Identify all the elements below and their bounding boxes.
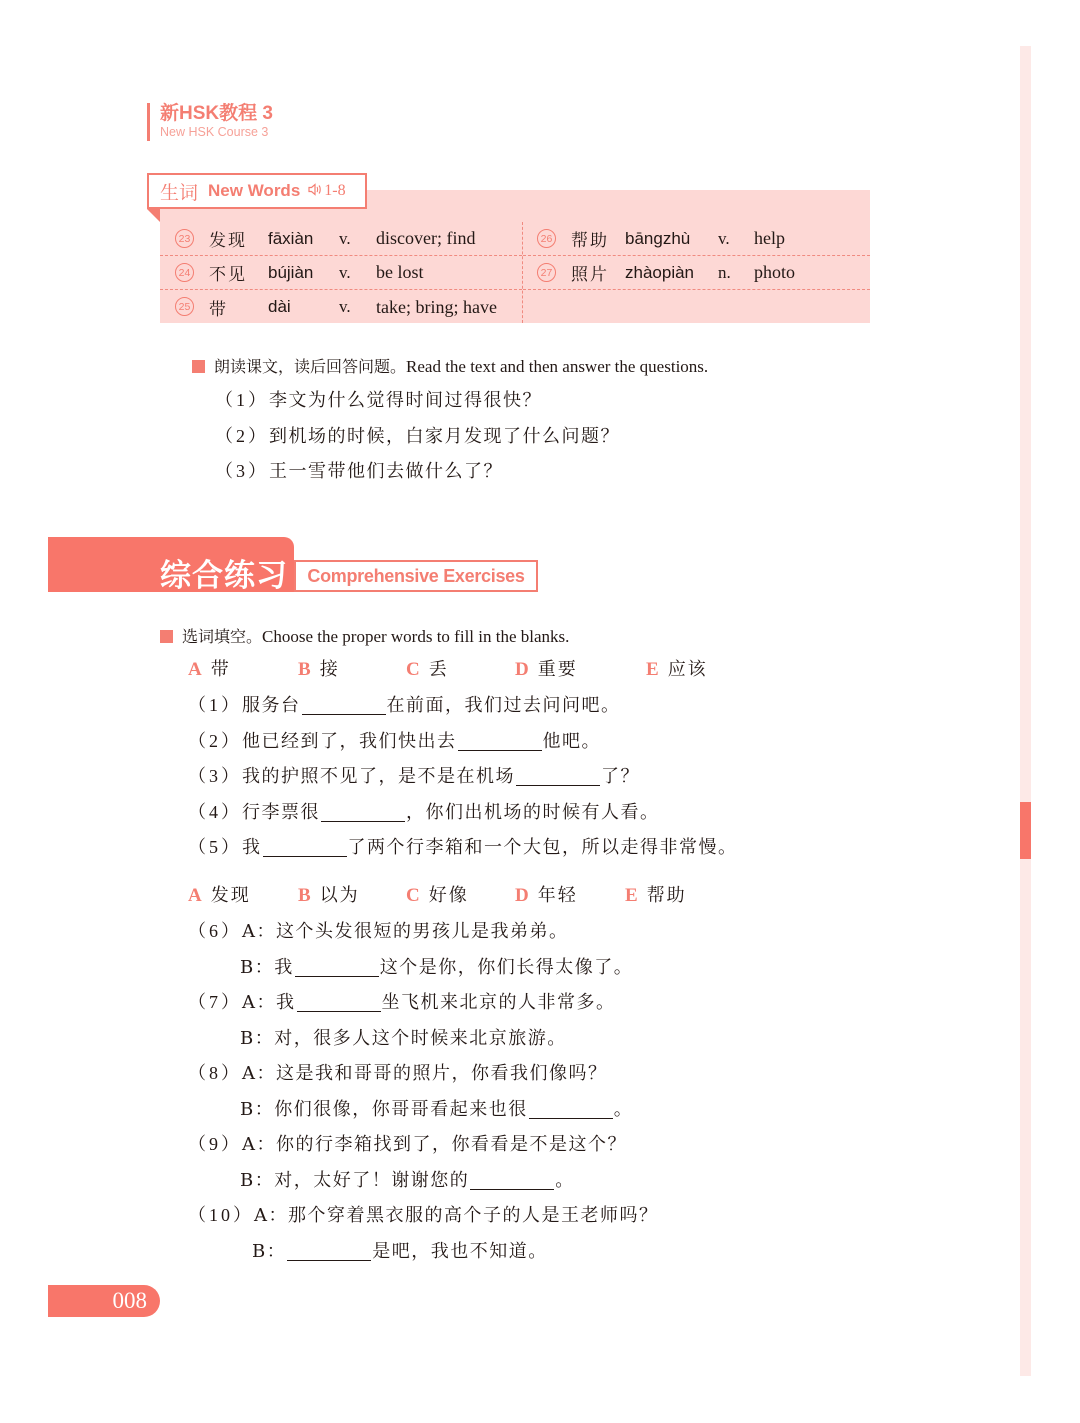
word-option: C好像 [406,881,469,907]
vocab-part-of-speech: v. [339,297,351,317]
vocab-number: 25 [175,297,194,316]
reading-instruction: 朗读课文，读后回答问题。Read the text and then answe… [192,354,708,377]
dialogue-line-a: （8）A：这是我和哥哥的照片，你看我们像吗？ [188,1059,608,1085]
vocab-part-of-speech: v. [339,229,351,249]
answer-blank[interactable] [263,839,347,857]
word-option: D年轻 [515,881,578,907]
word-option: A发现 [188,881,251,907]
answer-blank[interactable] [302,697,386,715]
section-title-box: Comprehensive Exercises [294,560,538,592]
vocab-hanzi: 帮助 [571,226,609,251]
page-number: 008 [113,1288,148,1314]
answer-blank[interactable] [297,994,381,1012]
vocab-pinyin: bāngzhù [625,229,690,249]
vocab-hanzi: 照片 [571,260,609,285]
vocab-part-of-speech: n. [718,263,731,283]
reading-question: （1）李文为什么觉得时间过得很快？ [215,386,542,412]
vocab-column-right: 26 帮助 bāngzhù v. help 27 照片 zhàopiàn n. … [522,222,870,323]
audio-track-number: 1-8 [324,182,345,200]
answer-blank[interactable] [287,1243,371,1261]
fill-blank-item: （4）行李票很，你们出机场的时候有人看。 [188,798,660,824]
instruction-cn: 朗读课文，读后回答问题。 [214,357,406,376]
vocab-number: 23 [175,229,194,248]
speaker-icon[interactable] [308,183,322,200]
vocab-column-left: 23 发现 fāxiàn v. discover; find 24 不见 búj… [160,222,522,324]
fill-blank-item: （3）我的护照不见了，是不是在机场了？ [188,762,640,788]
instruction-en: Read the text and then answer the questi… [406,357,708,376]
fill-blank-item: （5）我了两个行李箱和一个大包，所以走得非常慢。 [188,833,738,859]
dialogue-line-b: B：我这个是你，你们长得太像了。 [240,953,633,979]
word-option: A带 [188,655,231,681]
vocab-number: 24 [175,263,194,282]
fill-blank-item: （2）他已经到了，我们快出去他吧。 [188,727,601,753]
vocab-hanzi: 发现 [209,226,247,251]
vocab-definition: help [754,228,785,249]
vocab-number: 26 [537,229,556,248]
book-title-cn: 新HSK教程 3 [160,103,273,125]
dialogue-line-a: （9）A：你的行李箱找到了，你看看是不是这个？ [188,1130,627,1156]
vocab-part-of-speech: v. [718,229,730,249]
dialogue-line-a: （6）A：这个头发很短的男孩儿是我弟弟。 [188,917,569,943]
new-words-tab: 生词 New Words 1-8 [147,173,367,209]
vocab-pinyin: bújiàn [268,263,313,283]
word-option: E应该 [646,655,708,681]
fill-blanks-instruction: 选词填空。Choose the proper words to fill in … [160,624,569,647]
word-option: B以为 [298,881,360,907]
answer-blank[interactable] [529,1101,613,1119]
vocab-number: 27 [537,263,556,282]
instruction-cn: 选词填空。 [182,627,262,646]
vocab-hanzi: 不见 [209,260,247,285]
word-option: D重要 [515,655,578,681]
vocab-row: 24 不见 bújiàn v. be lost [160,256,522,290]
vocab-row: 25 带 dài v. take; bring; have [160,290,522,324]
vocab-definition: discover; find [376,228,475,249]
answer-blank[interactable] [516,768,600,786]
page-edge-marker [1020,802,1031,859]
dialogue-line-a: （7）A：我坐飞机来北京的人非常多。 [188,988,616,1014]
answer-blank[interactable] [458,733,542,751]
instruction-en: Choose the proper words to fill in the b… [262,627,569,646]
answer-blank[interactable] [470,1172,554,1190]
dialogue-line-b: B：你们很像，你哥哥看起来也很。 [240,1095,633,1121]
vocab-pinyin: fāxiàn [268,229,313,249]
new-words-title-en: New Words [208,181,300,201]
vocab-definition: be lost [376,262,424,283]
reading-question: （3）王一雪带他们去做什么了？ [215,457,503,483]
vocab-row: 23 发现 fāxiàn v. discover; find [160,222,522,256]
vocab-part-of-speech: v. [339,263,351,283]
answer-blank[interactable] [295,959,379,977]
section-banner: 综合练习 [48,537,294,592]
new-words-title-cn: 生词 [160,178,198,205]
vocab-hanzi: 带 [209,295,228,320]
answer-blank[interactable] [321,804,405,822]
section-title-en: Comprehensive Exercises [307,566,524,587]
book-title-en: New HSK Course 3 [160,125,273,140]
vocab-definition: photo [754,262,795,283]
word-option: E帮助 [625,881,687,907]
word-option: C丢 [406,655,449,681]
square-bullet-icon [192,360,205,373]
vocab-row: 27 照片 zhàopiàn n. photo [523,256,870,290]
page-number-badge: 008 [48,1285,160,1317]
reading-question: （2）到机场的时候，白家月发现了什么问题？ [215,422,620,448]
section-title-cn: 综合练习 [160,550,288,595]
dialogue-line-b: B：对，很多人这个时候来北京旅游。 [240,1024,567,1050]
tab-corner-decoration [147,209,160,222]
square-bullet-icon [160,630,173,643]
dialogue-line-b: B：对，太好了！谢谢您的。 [240,1166,575,1192]
dialogue-line-b: B：是吧，我也不知道。 [252,1237,548,1263]
vocab-definition: take; bring; have [376,297,497,318]
dialogue-line-a: （10）A：那个穿着黑衣服的高个子的人是王老师吗？ [188,1201,659,1227]
vocab-row: 26 帮助 bāngzhù v. help [523,222,870,256]
word-option: B接 [298,655,340,681]
page-edge-strip [1020,46,1031,1376]
vocab-pinyin: dài [268,297,291,317]
fill-blank-item: （1）服务台在前面，我们过去问问吧。 [188,691,621,717]
vocab-pinyin: zhàopiàn [625,263,694,283]
book-header: 新HSK教程 3 New HSK Course 3 [147,103,273,141]
